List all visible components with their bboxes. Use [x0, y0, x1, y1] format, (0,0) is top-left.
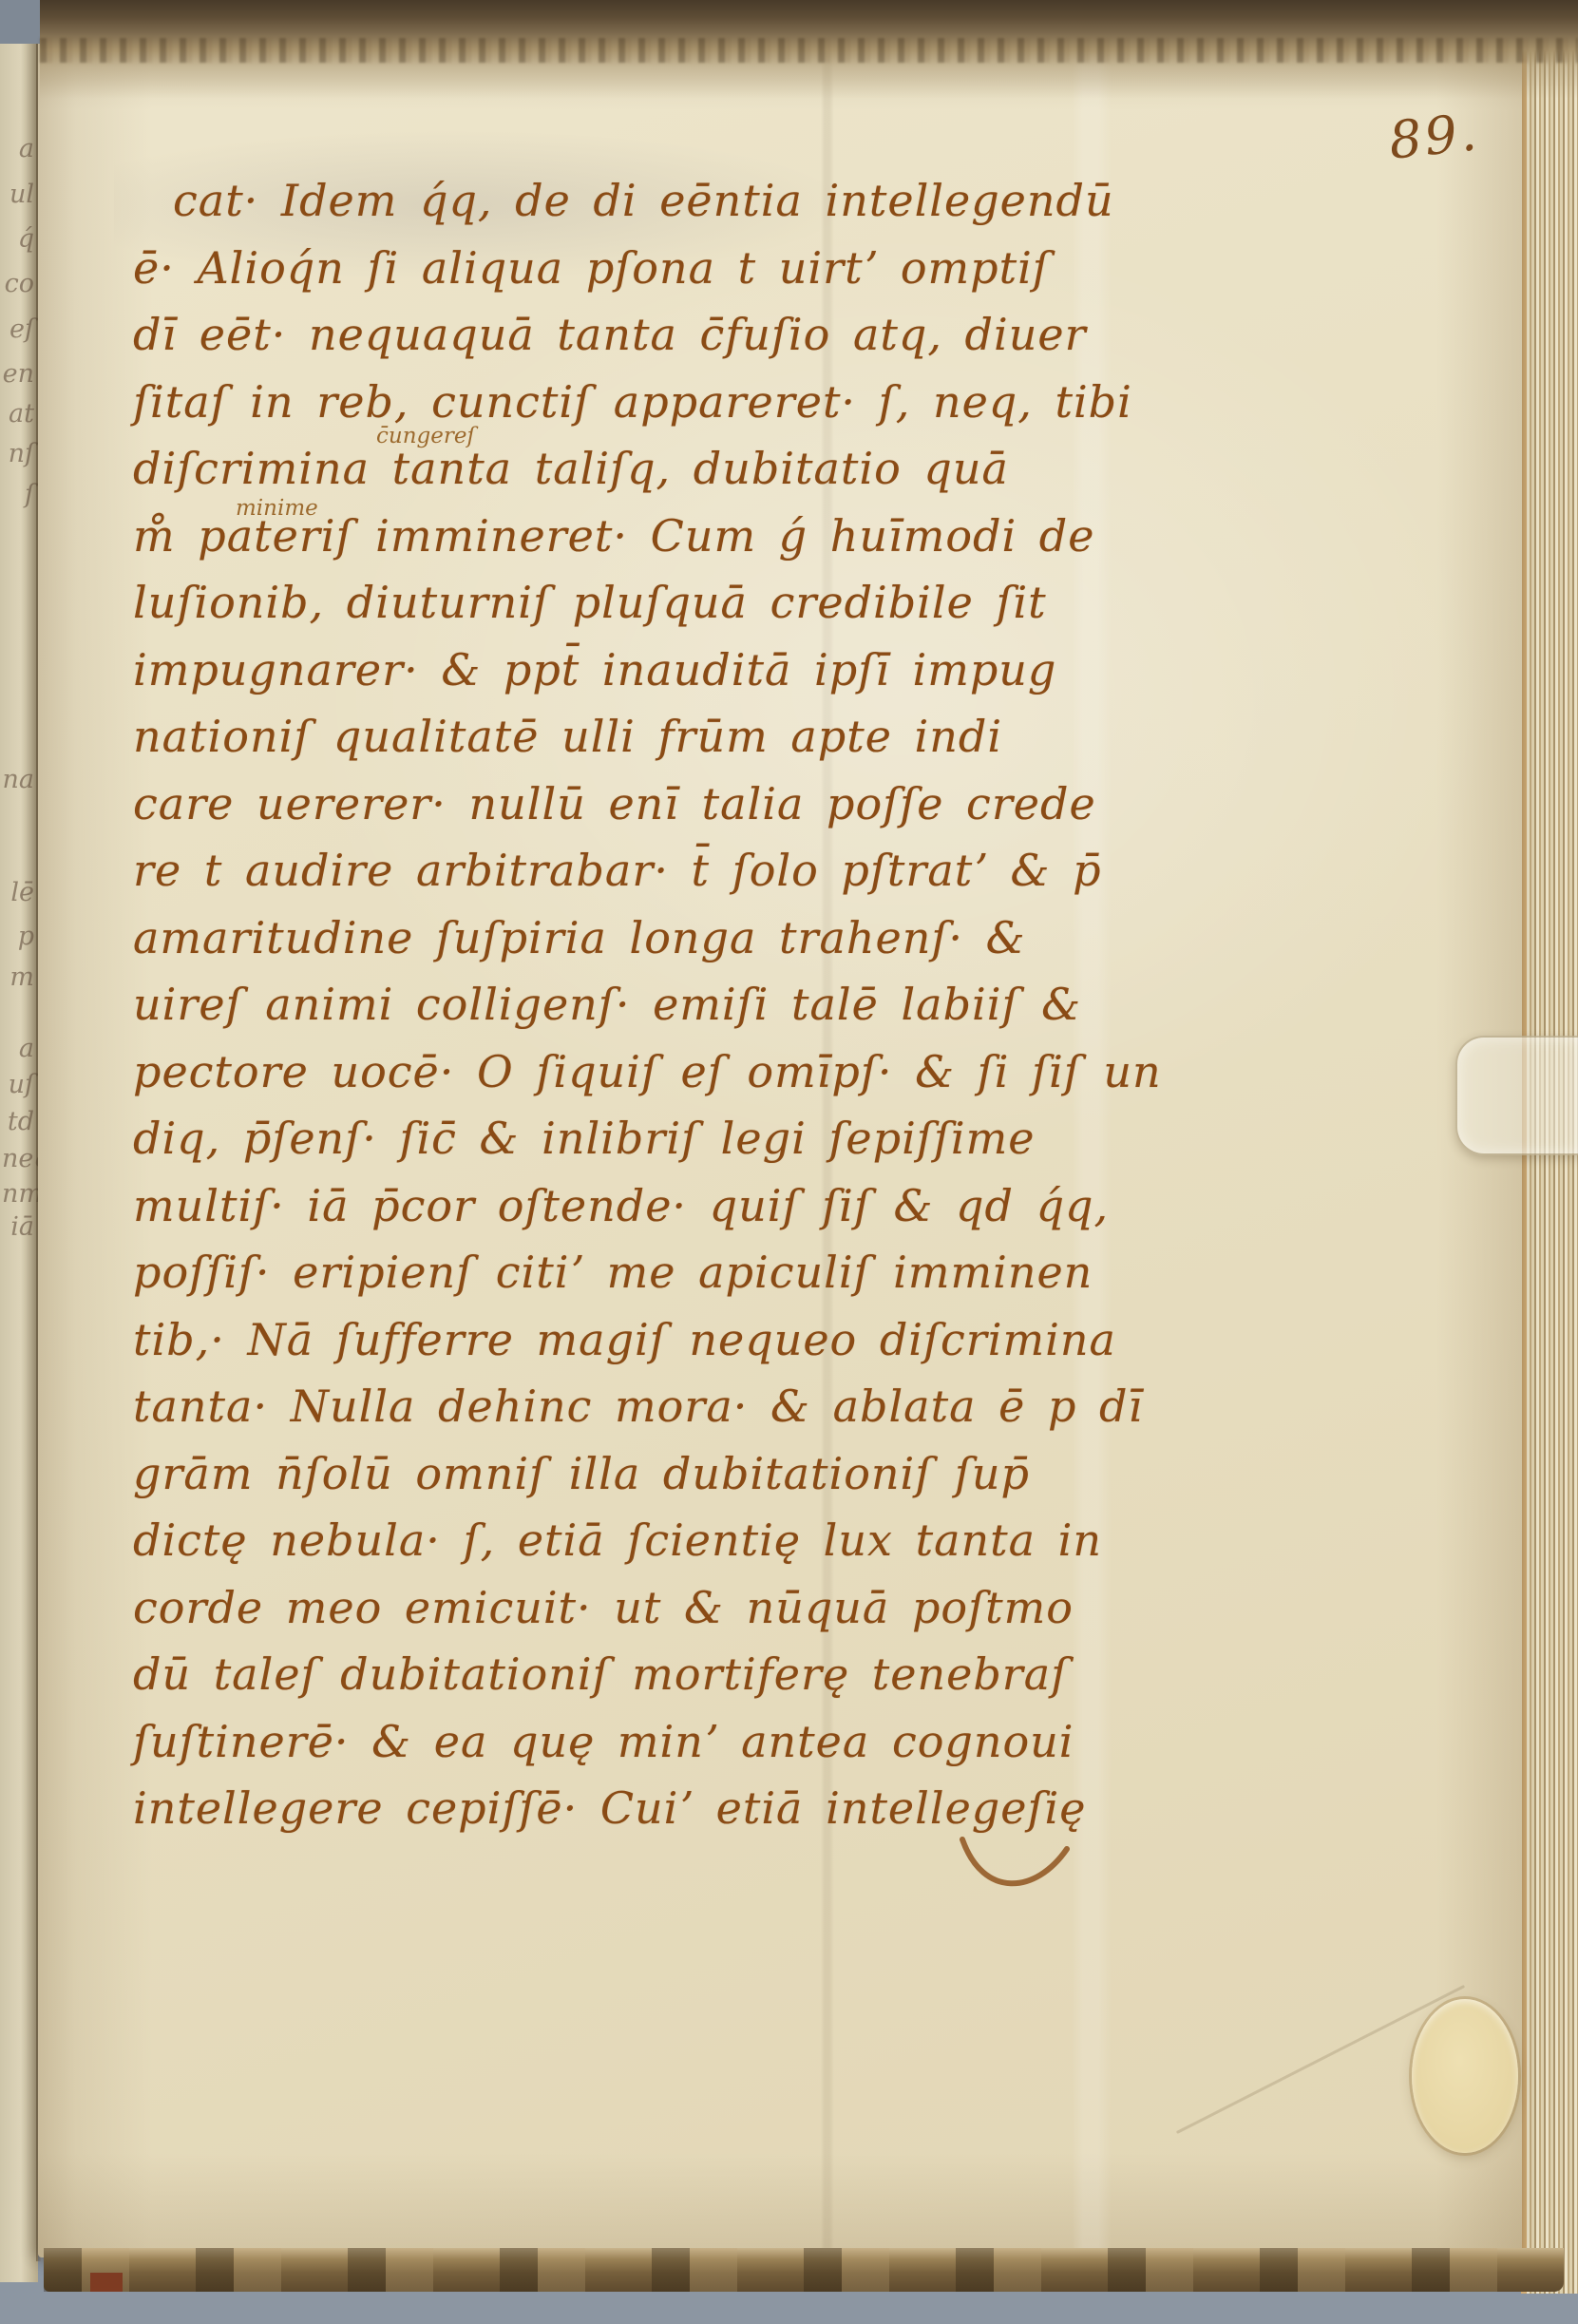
- interlinear-gloss: c̄ungereſ: [376, 424, 475, 448]
- text-line: ſuſtinerē· & ea quę minʼ antea cognoui: [133, 1708, 1273, 1776]
- text-line: intellegere cepiſſē· Cuiʼ etiā intellege…: [133, 1775, 1273, 1842]
- showthrough-fragment: at: [2, 400, 34, 429]
- fore-edge-pages: [1521, 21, 1578, 2294]
- parchment-patch: [1412, 1999, 1518, 2153]
- showthrough-fragment: iā: [2, 1213, 34, 1242]
- text-line: tib,· Nā ſufferre magiſ nequeo diſcrimin…: [133, 1306, 1273, 1374]
- text-line: corde meo emicuit· ut & nūquā poſtmo: [133, 1574, 1273, 1642]
- text-line: tanta· Nulla dehinc mora· & ablata ē p d…: [133, 1373, 1273, 1440]
- showthrough-fragment: q́: [2, 225, 34, 254]
- showthrough-fragment: uſ: [2, 1071, 34, 1099]
- showthrough-fragment: nm: [2, 1180, 34, 1209]
- book-tail-edge: [44, 2248, 1564, 2292]
- showthrough-fragment: eſ: [2, 315, 34, 344]
- showthrough-fragment: co: [2, 270, 34, 298]
- folio-number: 89.: [1386, 102, 1482, 171]
- pen-flourish: [955, 1832, 1078, 1917]
- showthrough-fragment: a: [2, 1035, 34, 1063]
- text-line: uireſ animi colligenſ· emiſi talē labiiſ…: [133, 971, 1273, 1038]
- manuscript-photo: a ul q́ co eſ en at nſ ſ na lē p m a uſ …: [0, 0, 1578, 2324]
- showthrough-fragment: ſ: [2, 481, 34, 509]
- text-line: ſitaſ in reb, cunctiſ appareret· ſ, neq,…: [133, 369, 1273, 436]
- tail-dark-fragment: [90, 2273, 123, 2292]
- text-line: diſcrimina tanta taliſq, dubitatio quā: [133, 435, 1273, 503]
- text-block: cat· Idem q́q, de di eēntia intellegendū…: [133, 167, 1273, 1842]
- showthrough-fragment: nſ: [2, 440, 34, 468]
- text-line: diq, p̄ſenſ· ſic̄ & inlibriſ legi ſepiſſ…: [133, 1105, 1273, 1172]
- showthrough-fragment: td: [2, 1108, 34, 1136]
- text-line: impugnarer· & ppt̄ inauditā ipſī impug: [133, 637, 1273, 704]
- text-line: cat· Idem q́q, de di eēntia intellegendū: [133, 167, 1273, 235]
- text-line: dictę nebula· ſ, etiā ſcientię lux tanta…: [133, 1507, 1273, 1574]
- showthrough-fragment: ul: [2, 181, 34, 209]
- text-line: re t audire arbitrabar· t̄ ſolo pſtratʼ …: [133, 837, 1273, 905]
- text-line: luſionib, diuturniſ pluſquā credibile ſi…: [133, 569, 1273, 637]
- showthrough-fragment: en: [2, 360, 34, 389]
- manuscript-page: 89. cat· Idem q́q, de di eēntia intelleg…: [38, 25, 1522, 2257]
- showthrough-fragment: na: [2, 766, 34, 794]
- facing-page-edge: a ul q́ co eſ en at nſ ſ na lē p m a uſ …: [0, 29, 38, 2282]
- showthrough-fragment: p: [2, 923, 34, 951]
- text-line: dū taleſ dubitationiſ mortiferę tenebraſ: [133, 1641, 1273, 1708]
- interlinear-gloss: minime: [236, 496, 318, 521]
- text-line: multiſ· iā p̄cor oſtende· quiſ ſiſ & qd …: [133, 1172, 1273, 1240]
- text-line: poſſiſ· eripienſ citiʼ me apiculiſ immin…: [133, 1239, 1273, 1306]
- showthrough-fragment: neq: [2, 1145, 34, 1173]
- vellum-tab: [1455, 1036, 1578, 1155]
- backdrop-corner: [0, 0, 55, 44]
- showthrough-fragment: lē: [2, 879, 34, 907]
- text-line: pectore uocē· O ſiquiſ eſ omīpſ· & ſi ſi…: [133, 1038, 1273, 1106]
- text-line: nationiſ qualitatē ulli frūm apte indi: [133, 703, 1273, 771]
- showthrough-fragment: m: [2, 963, 34, 992]
- showthrough-fragment: a: [2, 135, 34, 163]
- text-line: amaritudine ſuſpiria longa trahenſ· &: [133, 905, 1273, 972]
- text-line: care uererer· nullū enī talia poſſe cred…: [133, 771, 1273, 838]
- text-line: ē· Alioq́n ſi aliqua pſona t uirtʼ ompti…: [133, 235, 1273, 302]
- text-line: dī eēt· nequaquā tanta c̄fuſio atq, diue…: [133, 301, 1273, 369]
- text-line: grām n̄ſolū omniſ illa dubitationiſ ſup̄: [133, 1440, 1273, 1508]
